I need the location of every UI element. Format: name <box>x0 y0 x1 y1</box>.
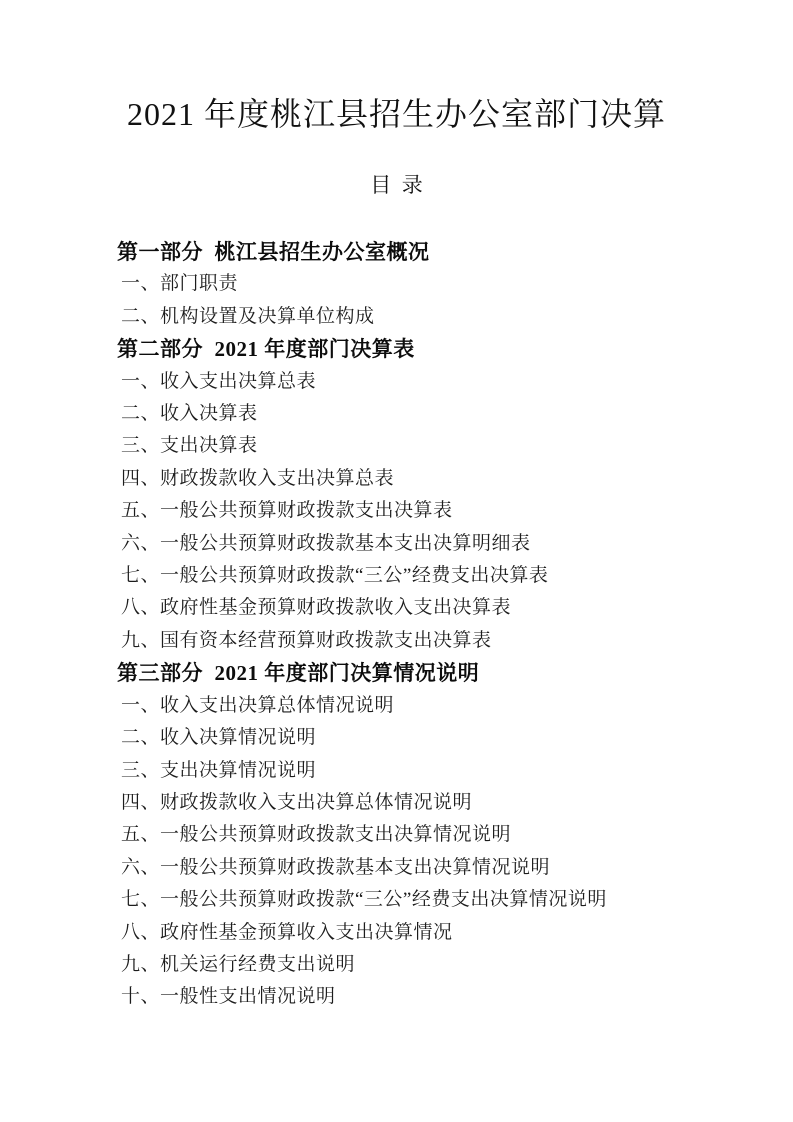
toc-item: 四、财政拨款收入支出决算总表 <box>117 463 733 495</box>
toc-item: 二、收入决算表 <box>117 398 733 430</box>
toc-item: 五、一般公共预算财政拨款支出决算情况说明 <box>117 819 733 851</box>
toc-item: 六、一般公共预算财政拨款基本支出决算明细表 <box>117 528 733 560</box>
toc-item: 四、财政拨款收入支出决算总体情况说明 <box>117 787 733 819</box>
toc-item: 七、一般公共预算财政拨款“三公”经费支出决算表 <box>117 560 733 592</box>
toc-item: 一、收入支出决算总表 <box>117 366 733 398</box>
toc-item: 八、政府性基金预算财政拨款收入支出决算表 <box>117 592 733 624</box>
toc-item: 十、一般性支出情况说明 <box>117 981 733 1013</box>
table-of-contents: 第一部分 桃江县招生办公室概况 一、部门职责 二、机构设置及决算单位构成 第二部… <box>0 236 793 1014</box>
document-page: 2021 年度桃江县招生办公室部门决算 目 录 第一部分 桃江县招生办公室概况 … <box>0 0 793 1122</box>
toc-item: 七、一般公共预算财政拨款“三公”经费支出决算情况说明 <box>117 884 733 916</box>
toc-item: 八、政府性基金预算收入支出决算情况 <box>117 917 733 949</box>
toc-section-2-heading: 第二部分 2021 年度部门决算表 <box>117 333 733 365</box>
toc-item: 九、机关运行经费支出说明 <box>117 949 733 981</box>
toc-item: 二、机构设置及决算单位构成 <box>117 301 733 333</box>
document-title: 2021 年度桃江县招生办公室部门决算 <box>0 0 793 136</box>
toc-item: 九、国有资本经营预算财政拨款支出决算表 <box>117 625 733 657</box>
toc-item: 六、一般公共预算财政拨款基本支出决算情况说明 <box>117 852 733 884</box>
toc-item: 一、收入支出决算总体情况说明 <box>117 690 733 722</box>
toc-item: 三、支出决算情况说明 <box>117 755 733 787</box>
toc-section-1-heading: 第一部分 桃江县招生办公室概况 <box>117 236 733 268</box>
toc-heading: 目 录 <box>0 172 793 198</box>
toc-item: 三、支出决算表 <box>117 430 733 462</box>
toc-item: 二、收入决算情况说明 <box>117 722 733 754</box>
toc-item: 一、部门职责 <box>117 268 733 300</box>
toc-item: 五、一般公共预算财政拨款支出决算表 <box>117 495 733 527</box>
toc-section-3-heading: 第三部分 2021 年度部门决算情况说明 <box>117 657 733 689</box>
